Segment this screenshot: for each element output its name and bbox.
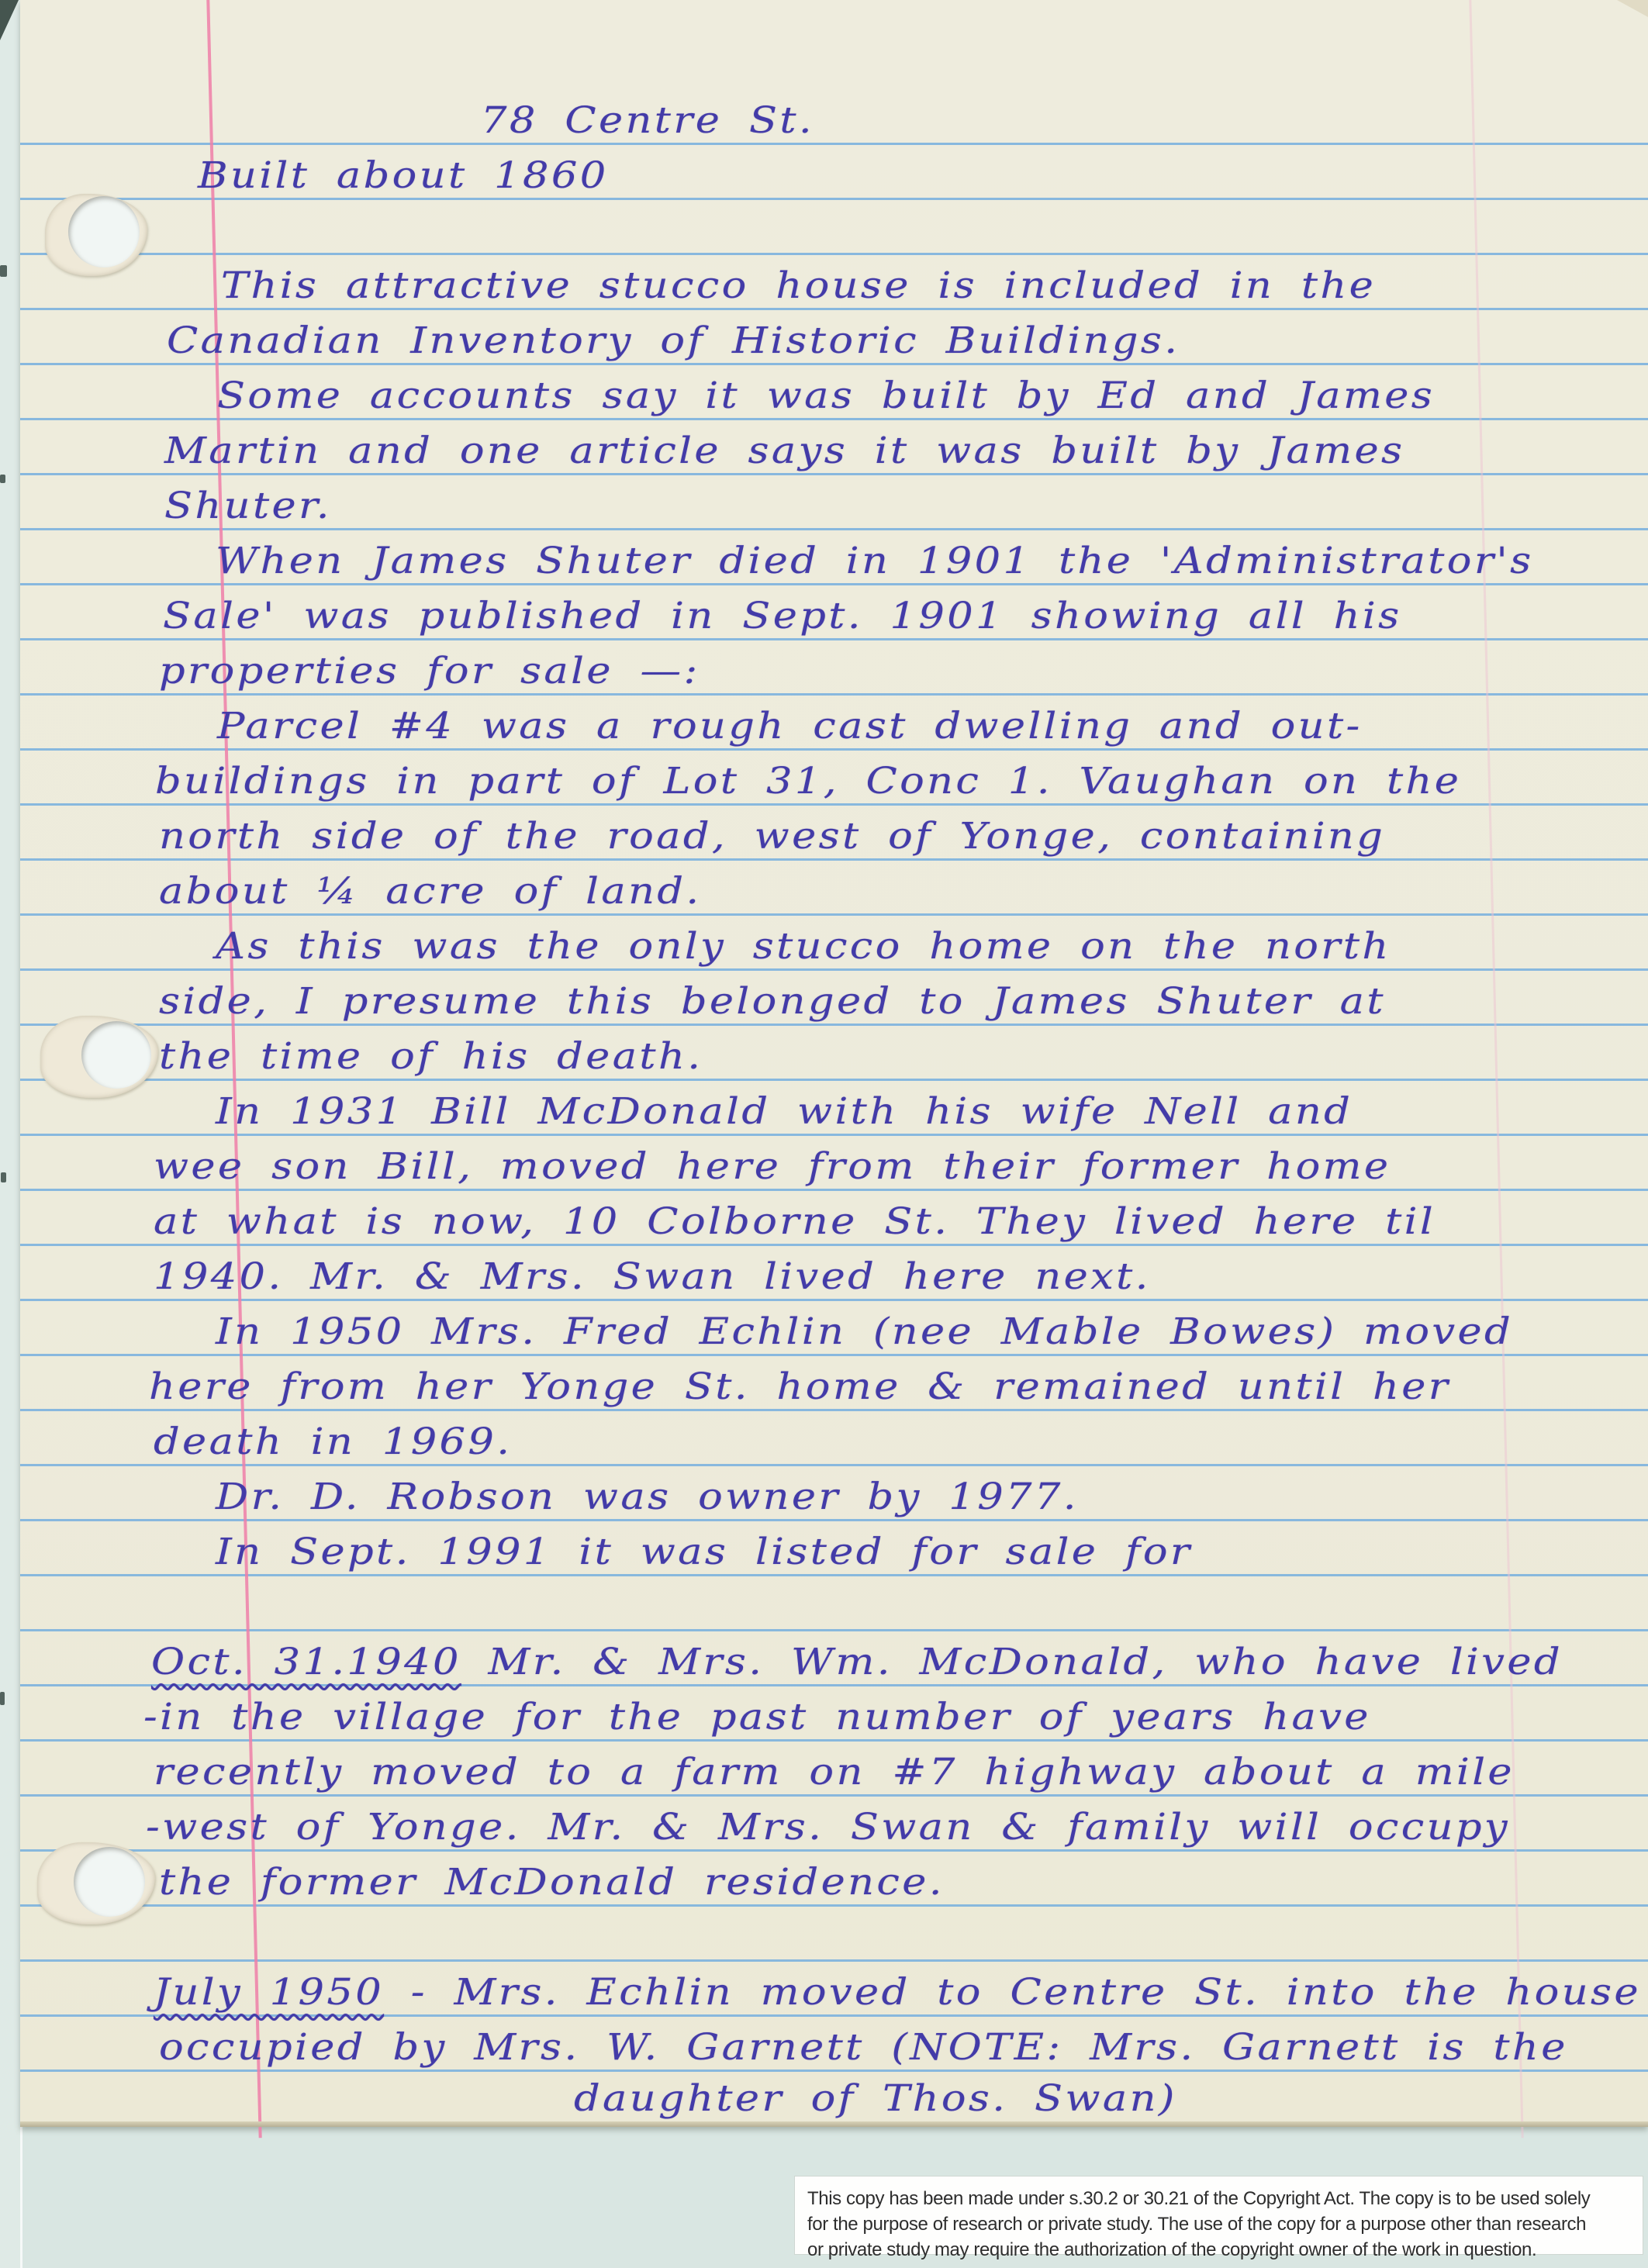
handwritten-line: Oct. 31.1940 Mr. & Mrs. Wm. McDonald, wh…: [151, 1644, 1563, 1680]
handwritten-line: Sale' was published in Sept. 1901 showin…: [163, 598, 1401, 634]
handwritten-line: death in 1969.: [154, 1424, 512, 1460]
wavy-underlined-date: Oct. 31.1940: [151, 1641, 461, 1683]
handwritten-line: 78 Centre St.: [481, 102, 814, 139]
copyright-stamp-line: This copy has been made under s.30.2 or …: [807, 2186, 1630, 2211]
scanned-document-page: 78 Centre St.Built about 1860This attrac…: [0, 0, 1648, 2268]
copyright-stamp: This copy has been made under s.30.2 or …: [795, 2177, 1643, 2254]
handwritten-line: here from her Yonge St. home & remained …: [149, 1369, 1450, 1405]
handwritten-line: buildings in part of Lot 31, Conc 1. Vau…: [155, 763, 1461, 799]
handwritten-line: July 1950 - Mrs. Echlin moved to Centre …: [154, 1974, 1641, 2011]
handwritten-line: Dr. D. Robson was owner by 1977.: [216, 1479, 1079, 1515]
handwritten-line: the former McDonald residence.: [159, 1864, 945, 1900]
handwritten-line: Some accounts say it was built by Ed and…: [217, 378, 1435, 414]
handwritten-line: Parcel #4 was a rough cast dwelling and …: [217, 708, 1363, 744]
handwritten-line: In 1950 Mrs. Fred Echlin (nee Mable Bowe…: [216, 1314, 1513, 1350]
handwritten-line: occupied by Mrs. W. Garnett (NOTE: Mrs. …: [159, 2029, 1568, 2066]
handwritten-line: north side of the road, west of Yonge, c…: [159, 818, 1385, 854]
handwritten-line: wee son Bill, moved here from their form…: [154, 1148, 1391, 1185]
handwritten-line: side, I presume this belonged to James S…: [159, 983, 1386, 1020]
handwritten-line: -west of Yonge. Mr. & Mrs. Swan & family…: [146, 1809, 1510, 1845]
handwritten-line: about ¼ acre of land.: [159, 873, 701, 910]
copyright-stamp-text: This copy has been made under s.30.2 or …: [795, 2177, 1643, 2263]
handwritten-line: Canadian Inventory of Historic Buildings…: [167, 323, 1180, 359]
handwritten-line: Built about 1860: [198, 157, 609, 194]
handwritten-line: In 1931 Bill McDonald with his wife Nell…: [216, 1093, 1353, 1130]
wavy-underlined-date: July 1950: [154, 1971, 384, 2014]
handwritten-line: -in the village for the past number of y…: [143, 1699, 1371, 1735]
handwritten-line: properties for sale —:: [159, 653, 700, 689]
handwritten-line: Shuter.: [164, 488, 332, 524]
handwritten-line: at what is now, 10 Colborne St. They liv…: [154, 1203, 1436, 1240]
handwritten-line: As this was the only stucco home on the …: [216, 928, 1391, 965]
handwritten-line: the time of his death.: [159, 1038, 703, 1075]
handwritten-line: daughter of Thos. Swan): [574, 2080, 1177, 2117]
handwritten-line: Martin and one article says it was built…: [164, 433, 1404, 469]
handwritten-text-layer: 78 Centre St.Built about 1860This attrac…: [0, 0, 1648, 2268]
copyright-stamp-line: for the purpose of research or private s…: [807, 2211, 1630, 2237]
handwritten-line: When James Shuter died in 1901 the 'Admi…: [216, 543, 1534, 579]
copyright-stamp-line: or private study may require the authori…: [807, 2237, 1630, 2263]
handwritten-line: 1940. Mr. & Mrs. Swan lived here next.: [154, 1258, 1151, 1295]
handwritten-line: In Sept. 1991 it was listed for sale for: [216, 1534, 1192, 1570]
handwritten-line: recently moved to a farm on #7 highway a…: [154, 1754, 1515, 1790]
handwritten-line: This attractive stucco house is included…: [221, 268, 1376, 304]
